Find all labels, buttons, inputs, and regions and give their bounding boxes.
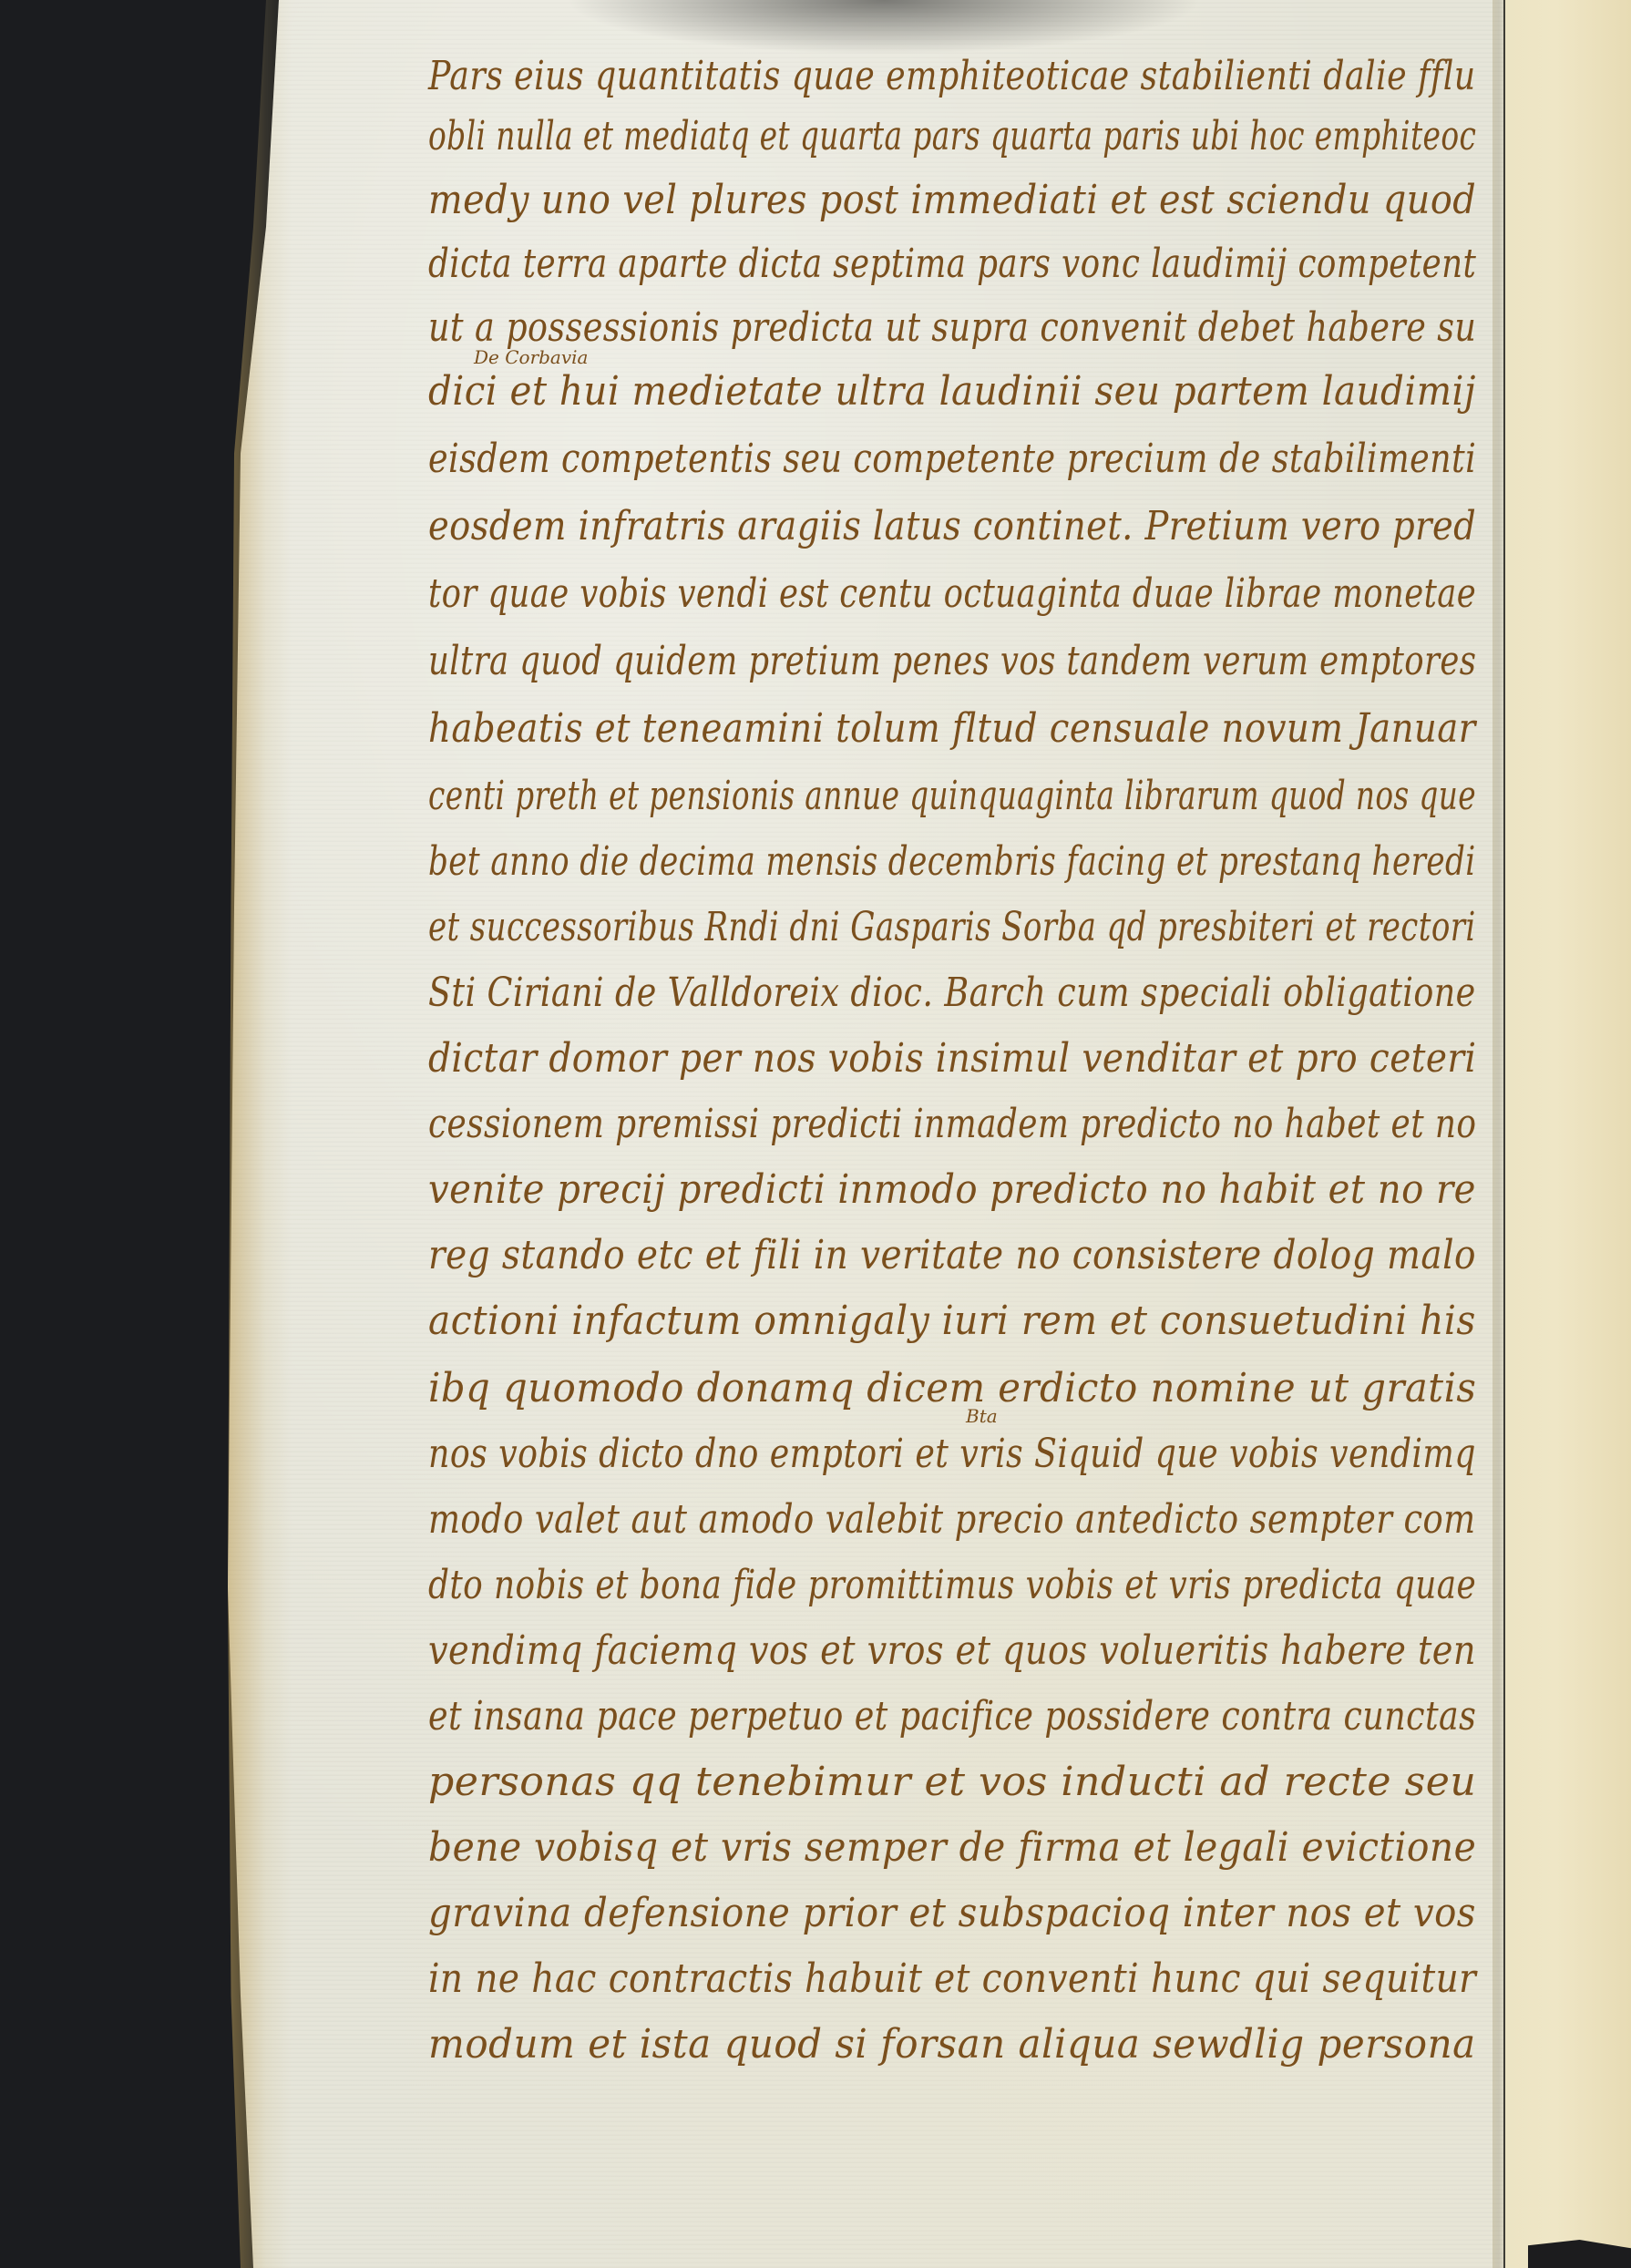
text-line: cessionem premissi predicti inmadem pred… [428, 1101, 1476, 1147]
text-line: actioni infactum omnigaly iuri rem et co… [428, 1298, 1476, 1344]
text-line: eosdem infratris aragiis latus continet.… [428, 503, 1476, 549]
text-line: modo valet aut amodo valebit precio ante… [428, 1496, 1476, 1543]
text-line: in ne hac contractis habuit et conventi … [428, 1955, 1476, 2002]
text-line: tor quae vobis vendi est centu octuagint… [428, 570, 1476, 617]
text-line: venite precij predicti inmodo predicto n… [428, 1166, 1476, 1213]
text-line: dici et hui medietate ultra laudinii seu… [428, 368, 1476, 415]
text-line: et insana pace perpetuo et pacifice poss… [428, 1693, 1476, 1739]
text-line: ut a possessionis predicta ut supra conv… [428, 304, 1476, 351]
interlinear-note: De Corbavia [474, 346, 588, 368]
text-line: dictar domor per nos vobis insimul vendi… [428, 1035, 1476, 1082]
ink-bleed-through [565, 0, 1203, 55]
text-line: habeatis et teneamini tolum fltud censua… [428, 705, 1476, 752]
text-line: nos vobis dicto dno emptori et vris Siqu… [428, 1431, 1476, 1477]
text-line: vendimq faciemq vos et vros et quos volu… [428, 1627, 1476, 1674]
text-line: centi preth et pensionis annue quinquagi… [428, 773, 1476, 819]
text-line: personas qq tenebimur et vos inducti ad … [428, 1759, 1476, 1805]
text-line: bet anno die decima mensis decembris fac… [428, 838, 1476, 885]
text-line: Sti Ciriani de Valldoreix dioc. Barch cu… [428, 970, 1476, 1016]
text-line: eisdem competentis seu competente preciu… [428, 436, 1476, 482]
text-line: dicta terra aparte dicta septima pars vo… [428, 241, 1476, 287]
text-line: ultra quod quidem pretium penes vos tand… [428, 638, 1476, 684]
text-line: Pars eius quantitatis quae emphiteoticae… [428, 53, 1476, 99]
text-line: gravina defensione prior et subspacioq i… [428, 1890, 1476, 1936]
page-gutter [1493, 0, 1505, 2268]
text-line: ibq quomodo donamq dicem erdicto nomine … [428, 1365, 1476, 1411]
text-line: reg stando etc et fili in veritate no co… [428, 1232, 1476, 1278]
text-line: medy uno vel plures post immediati et es… [428, 177, 1476, 223]
text-line: et successoribus Rndi dni Gasparis Sorba… [428, 904, 1476, 950]
adjacent-page-edge [1505, 0, 1631, 2268]
text-line: bene vobisq et vris semper de firma et l… [428, 1824, 1476, 1871]
text-line: modum et ista quod si forsan aliqua sewd… [428, 2021, 1476, 2068]
text-line: dto nobis et bona fide promittimus vobis… [428, 1562, 1476, 1608]
text-line: obli nulla et mediatq et quarta pars qua… [428, 113, 1476, 159]
interlinear-note: Bta [966, 1405, 998, 1427]
